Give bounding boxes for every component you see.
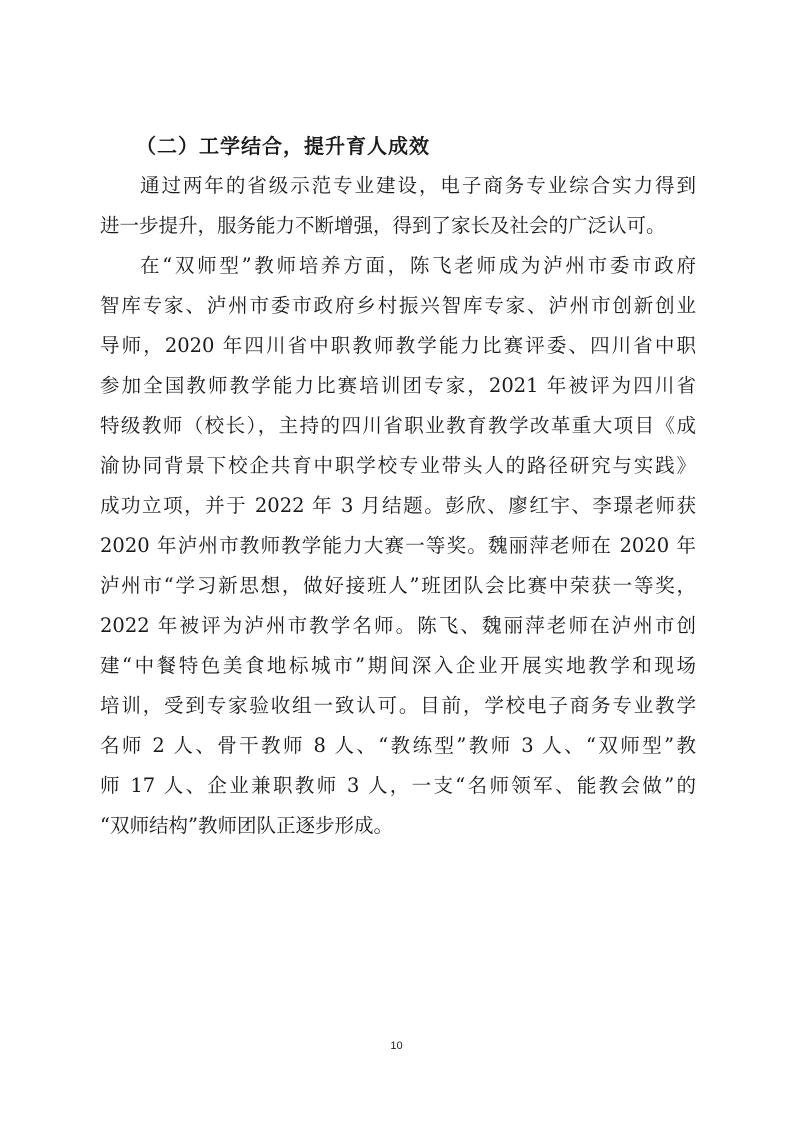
document-page: （二）工学结合，提升育人成效 通过两年的省级示范专业建设，电子商务专业综合实力得… (100, 126, 696, 846)
text-line: 在“双师型”教师培养方面，陈飞老师成为泸州市委市政府 (100, 246, 696, 286)
text-line: 2020 年泸州市教师教学能力大赛一等奖。魏丽萍老师在 2020 年 (100, 526, 696, 566)
text-line: 参加全国教师教学能力比赛培训团专家，2021 年被评为四川省 (100, 366, 696, 406)
text-line: 进一步提升，服务能力不断增强，得到了家长及社会的广泛认可。 (100, 206, 696, 246)
text-line: 建“中餐特色美食地标城市”期间深入企业开展实地教学和现场 (100, 646, 696, 686)
text-line: 师 17 人、企业兼职教师 3 人，一支“名师领军、能教会做”的 (100, 766, 696, 806)
page-number: 10 (0, 1040, 793, 1052)
text-line: 通过两年的省级示范专业建设，电子商务专业综合实力得到 (100, 166, 696, 206)
text-line: 名师 2 人、骨干教师 8 人、“教练型”教师 3 人、“双师型”教 (100, 726, 696, 766)
text-line: 成功立项，并于 2022 年 3 月结题。彭欣、廖红宇、李璟老师获 (100, 486, 696, 526)
paragraph-1: 通过两年的省级示范专业建设，电子商务专业综合实力得到 进一步提升，服务能力不断增… (100, 166, 696, 246)
paragraph-2: 在“双师型”教师培养方面，陈飞老师成为泸州市委市政府 智库专家、泸州市委市政府乡… (100, 246, 696, 846)
text-line: 导师，2020 年四川省中职教师教学能力比赛评委、四川省中职 (100, 326, 696, 366)
section-title: （二）工学结合，提升育人成效 (100, 126, 696, 166)
text-line: 2022 年被评为泸州市教学名师。陈飞、魏丽萍老师在泸州市创 (100, 606, 696, 646)
text-line: 特级教师（校长），主持的四川省职业教育教学改革重大项目《成 (100, 406, 696, 446)
text-line: “双师结构”教师团队正逐步形成。 (100, 806, 696, 846)
text-line: 智库专家、泸州市委市政府乡村振兴智库专家、泸州市创新创业 (100, 286, 696, 326)
text-line: 渝协同背景下校企共育中职学校专业带头人的路径研究与实践》 (100, 446, 696, 486)
text-line: 泸州市“学习新思想，做好接班人”班团队会比赛中荣获一等奖， (100, 566, 696, 606)
text-line: 培训，受到专家验收组一致认可。目前，学校电子商务专业教学 (100, 686, 696, 726)
